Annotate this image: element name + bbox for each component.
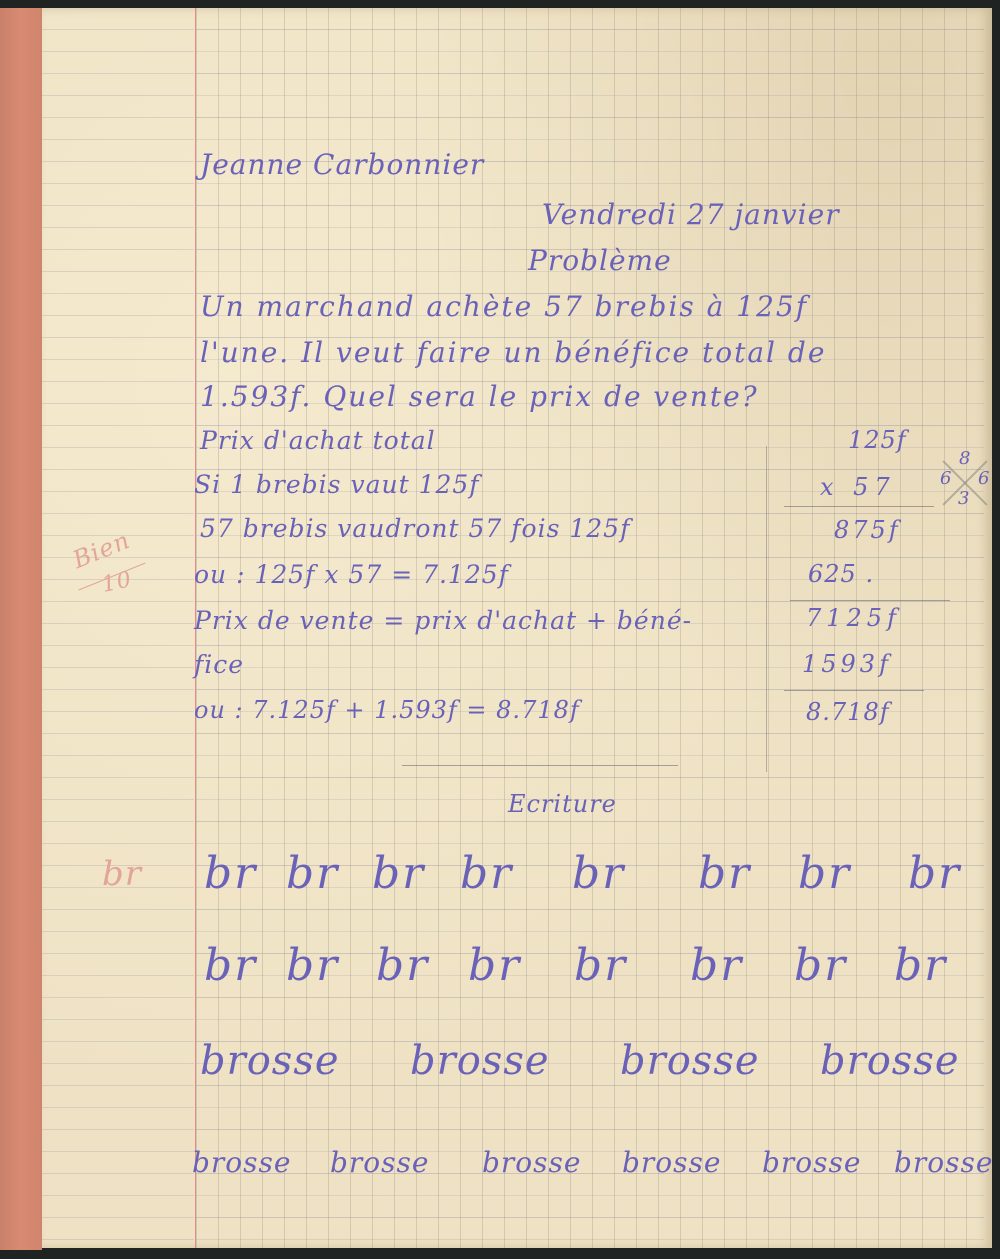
practice-word: br: [204, 848, 257, 899]
section-title: Problème: [528, 244, 672, 277]
practice-word: brosse: [762, 1146, 861, 1179]
practice-word: br: [376, 940, 429, 991]
practice-word: brosse: [330, 1146, 429, 1179]
margin-ruling: [42, 8, 194, 1248]
calc-multiplicand: 125f: [848, 426, 907, 454]
proof-by-nine-cross: 8 6 6 3: [940, 456, 990, 508]
proof-top: 8: [959, 448, 970, 469]
practice-word: br: [372, 848, 425, 899]
proof-left: 6: [940, 468, 951, 489]
practice-word: brosse: [200, 1038, 340, 1084]
practice-word: brosse: [192, 1146, 291, 1179]
date: Vendredi 27 janvier: [542, 198, 840, 231]
practice-word: br: [894, 940, 947, 991]
student-name: Jeanne Carbonnier: [200, 148, 484, 181]
proof-bottom: 3: [958, 488, 969, 509]
practice-word: brosse: [820, 1038, 960, 1084]
practice-word: br: [286, 848, 339, 899]
practice-word: brosse: [482, 1146, 581, 1179]
practice-word: brosse: [894, 1146, 993, 1179]
notebook-page: Jeanne Carbonnier Vendredi 27 janvier Pr…: [42, 8, 992, 1248]
writing-model: br: [102, 854, 142, 894]
calculation-column-line: [766, 446, 767, 772]
practice-word: br: [690, 940, 743, 991]
addition-rule: [784, 690, 924, 691]
practice-word: br: [572, 848, 625, 899]
calc-partial-1: 875f: [834, 516, 901, 544]
problem-line-2: l'une. Il veut faire un bénéfice total d…: [200, 336, 826, 369]
notebook-cover-edge: [0, 8, 42, 1250]
writing-title: Ecriture: [508, 790, 617, 818]
problem-line-3: 1.593f. Quel sera le prix de vente?: [200, 380, 759, 413]
solution-line-4: ou : 125f x 57 = 7.125f: [194, 560, 509, 589]
practice-word: br: [574, 940, 627, 991]
section-separator: [402, 765, 678, 766]
practice-word: br: [204, 940, 257, 991]
practice-word: brosse: [620, 1038, 760, 1084]
solution-line-2: Si 1 brebis vaut 125f: [194, 470, 480, 499]
partials-rule: [790, 600, 950, 601]
practice-word: brosse: [410, 1038, 550, 1084]
multiplication-rule: [784, 506, 934, 507]
practice-word: br: [794, 940, 847, 991]
solution-line-7: ou : 7.125f + 1.593f = 8.718f: [194, 696, 580, 724]
solution-line-3: 57 brebis vaudront 57 fois 125f: [200, 514, 630, 543]
calc-product: 7125f: [806, 604, 901, 632]
practice-word: br: [698, 848, 751, 899]
solution-line-6: fice: [194, 650, 244, 679]
calc-sum: 8.718f: [806, 698, 890, 726]
calc-multiplier: x 57: [820, 473, 896, 501]
practice-word: brosse: [622, 1146, 721, 1179]
solution-line-1: Prix d'achat total: [200, 426, 436, 455]
practice-word: br: [286, 940, 339, 991]
practice-word: br: [468, 940, 521, 991]
problem-line-1: Un marchand achète 57 brebis à 125f: [200, 290, 808, 323]
practice-word: br: [798, 848, 851, 899]
calc-partial-2: 625 .: [808, 560, 874, 588]
solution-line-5: Prix de vente = prix d'achat + béné-: [194, 606, 692, 635]
proof-right: 6: [978, 468, 989, 489]
calc-addend: 1593f: [802, 650, 892, 678]
practice-word: br: [908, 848, 961, 899]
practice-word: br: [460, 848, 513, 899]
